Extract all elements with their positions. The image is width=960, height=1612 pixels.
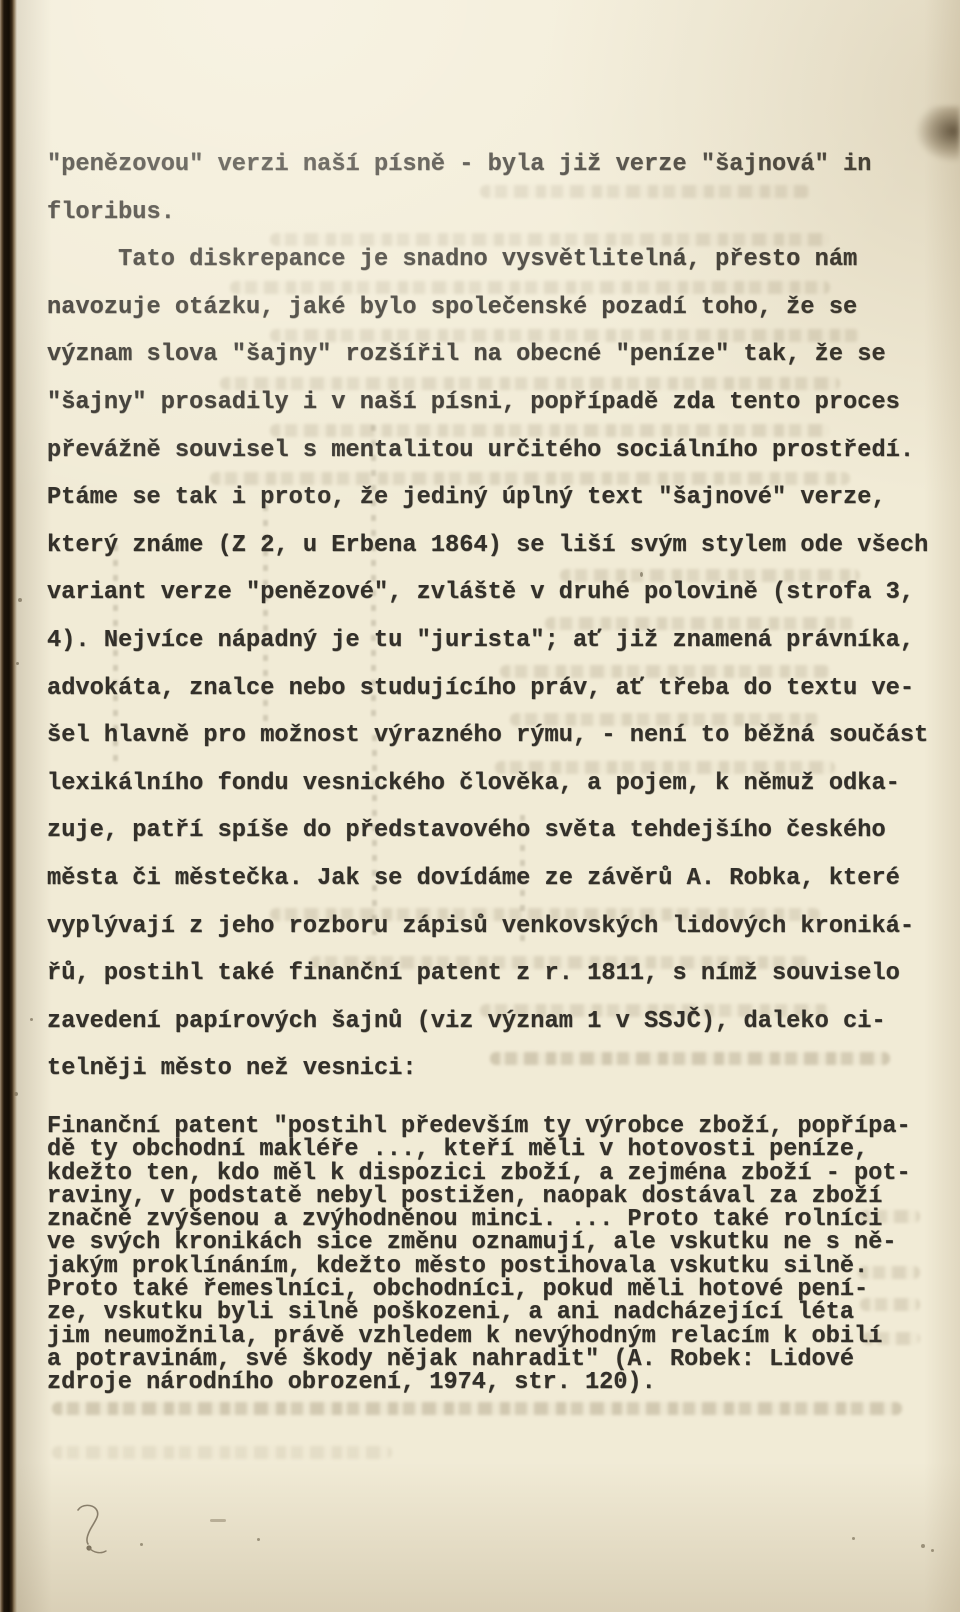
ink-speck (640, 572, 643, 577)
ink-speck (931, 1549, 934, 1552)
ink-speck (30, 1018, 33, 1021)
typed-block-quote: Finanční patent "postihl především ty vý… (47, 1115, 911, 1395)
bleed-through-line (52, 1402, 902, 1415)
ink-speck (140, 1543, 143, 1546)
ink-speck (921, 1544, 925, 1548)
page-curl-shadow (916, 106, 960, 162)
scanned-document-page: "penězovou" verzi naší písně - byla již … (0, 0, 960, 1612)
ink-speck (852, 1537, 855, 1540)
book-spine-edge (0, 0, 17, 1612)
ink-speck (18, 598, 22, 602)
typed-main-paragraphs: "penězovou" verzi naší písně - byla již … (47, 141, 928, 1093)
ink-smudge (210, 1519, 226, 1522)
ink-speck (257, 1538, 260, 1541)
bleed-through-line (52, 1446, 392, 1459)
pen-mark (70, 1500, 115, 1562)
